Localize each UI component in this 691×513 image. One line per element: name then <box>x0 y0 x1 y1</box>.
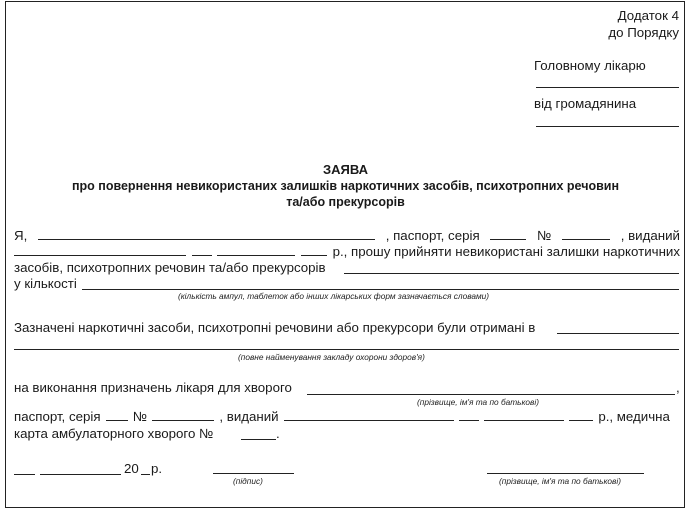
date-month-blank[interactable] <box>40 474 121 475</box>
comma: , <box>676 380 680 396</box>
applicant-name-blank[interactable] <box>38 228 375 240</box>
medical-label: р., медична <box>598 409 670 425</box>
facility-blank-1[interactable] <box>557 333 679 334</box>
date-year-prefix: 20 <box>124 461 139 477</box>
date-year-suffix: р. <box>151 461 162 477</box>
period: . <box>276 426 280 442</box>
substances-blank[interactable] <box>344 273 679 274</box>
ya-label: Я, <box>14 228 27 244</box>
request-text: р., прошу прийняти невикористані залишки… <box>333 244 680 260</box>
citizen-name-line[interactable] <box>536 126 679 127</box>
applicant-name-caption: (прізвище, ім'я та по батькові) <box>499 476 621 486</box>
quantity-label: у кількості <box>14 276 77 292</box>
p1-line1: Я, , паспорт, серія № , виданий <box>14 228 680 244</box>
date-year-blank[interactable] <box>141 474 150 475</box>
date-day-blank[interactable] <box>14 474 35 475</box>
procedure-label: до Порядку <box>608 25 679 41</box>
signature-line[interactable] <box>213 473 294 474</box>
issued-label: , виданий <box>621 228 680 244</box>
patient-passport-label: паспорт, серія <box>14 409 101 425</box>
patient-issue-month-blank[interactable] <box>484 409 564 421</box>
chief-doctor-name-line[interactable] <box>536 87 679 88</box>
issued-by-blank[interactable] <box>14 244 186 256</box>
received-label: Зазначені наркотичні засоби, психотропні… <box>14 320 535 336</box>
passport-series-blank[interactable] <box>490 228 526 240</box>
passport-label: , паспорт, серія <box>386 228 480 244</box>
document-title: ЗАЯВА <box>0 162 691 178</box>
appendix-label: Додаток 4 <box>618 8 679 24</box>
patient-issue-day-blank[interactable] <box>459 409 479 421</box>
document-subtitle-line2: та/або прекурсорів <box>0 194 691 210</box>
passport-number-blank[interactable] <box>562 228 610 240</box>
substances-label: засобів, психотропних речовин та/або пре… <box>14 260 326 276</box>
issue-month-blank[interactable] <box>217 244 295 256</box>
medical-card-number-blank[interactable] <box>241 439 276 440</box>
patient-issued-label: , виданий <box>219 409 278 425</box>
patient-issue-year-blank[interactable] <box>569 409 593 421</box>
patient-number-sign: № <box>133 409 147 425</box>
patient-name-caption: (прізвище, ім'я та по батькові) <box>417 397 539 407</box>
medical-card-label: карта амбулаторного хворого № <box>14 426 213 442</box>
p3-line2: паспорт, серія № , виданий р., медична <box>14 409 670 425</box>
applicant-full-name-line[interactable] <box>487 473 644 474</box>
issue-day-blank[interactable] <box>192 244 212 256</box>
issue-year-blank[interactable] <box>301 244 327 256</box>
prescription-label: на виконання призначень лікаря для хворо… <box>14 380 292 396</box>
signature-caption: (підпис) <box>233 476 263 486</box>
facility-caption: (повне найменування закладу охорони здор… <box>238 352 425 362</box>
document-subtitle-line1: про повернення невикористаних залишків н… <box>0 178 691 194</box>
patient-passport-series-blank[interactable] <box>106 409 128 421</box>
patient-passport-number-blank[interactable] <box>152 409 214 421</box>
quantity-blank[interactable] <box>82 289 679 290</box>
number-sign: № <box>537 228 551 244</box>
patient-issued-by-blank[interactable] <box>284 409 454 421</box>
p1-line2: р., прошу прийняти невикористані залишки… <box>14 244 680 260</box>
from-citizen-label: від громадянина <box>534 96 636 112</box>
patient-name-blank[interactable] <box>307 394 675 395</box>
quantity-caption: (кількість ампул, таблеток або інших лік… <box>178 291 489 301</box>
facility-blank-2[interactable] <box>14 349 679 350</box>
addressee-label: Головному лікарю <box>534 58 646 74</box>
